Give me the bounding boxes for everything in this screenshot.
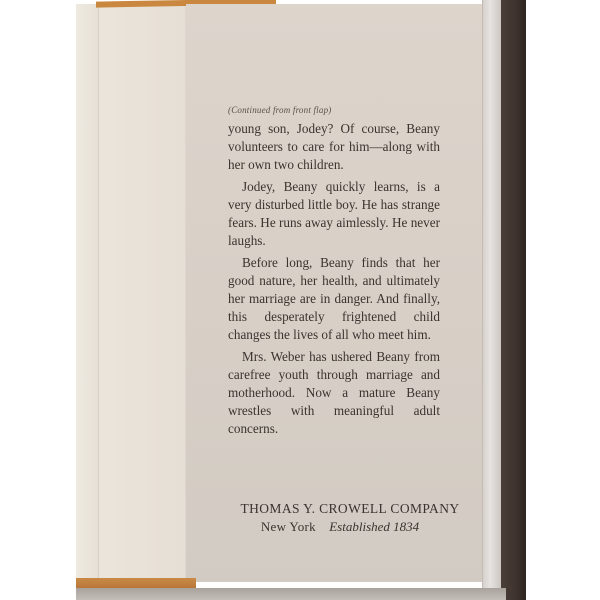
continued-note: (Continued from front flap)	[228, 103, 440, 117]
paragraph: Before long, Beany finds that her good n…	[228, 254, 440, 344]
shadow	[76, 588, 506, 600]
book-photo: (Continued from front flap) young son, J…	[0, 0, 600, 600]
publisher-established: Established 1834	[329, 519, 419, 534]
paragraph: Jodey, Beany quickly learns, is a very d…	[228, 178, 440, 250]
publisher-name: THOMAS Y. CROWELL COMPANY	[210, 500, 490, 518]
publisher-details: New York Established 1834	[190, 518, 490, 536]
jacket-fold	[76, 4, 99, 582]
flap-text: (Continued from front flap) young son, J…	[228, 103, 440, 438]
dark-backing	[500, 0, 526, 600]
publisher-imprint: THOMAS Y. CROWELL COMPANY New York Estab…	[210, 500, 490, 536]
publisher-city: New York	[261, 519, 316, 534]
board-edge-bottom	[76, 578, 196, 588]
paragraph: Mrs. Weber has ushered Beany from carefr…	[228, 348, 440, 438]
paragraph: young son, Jodey? Of course, Beany volun…	[228, 120, 440, 174]
